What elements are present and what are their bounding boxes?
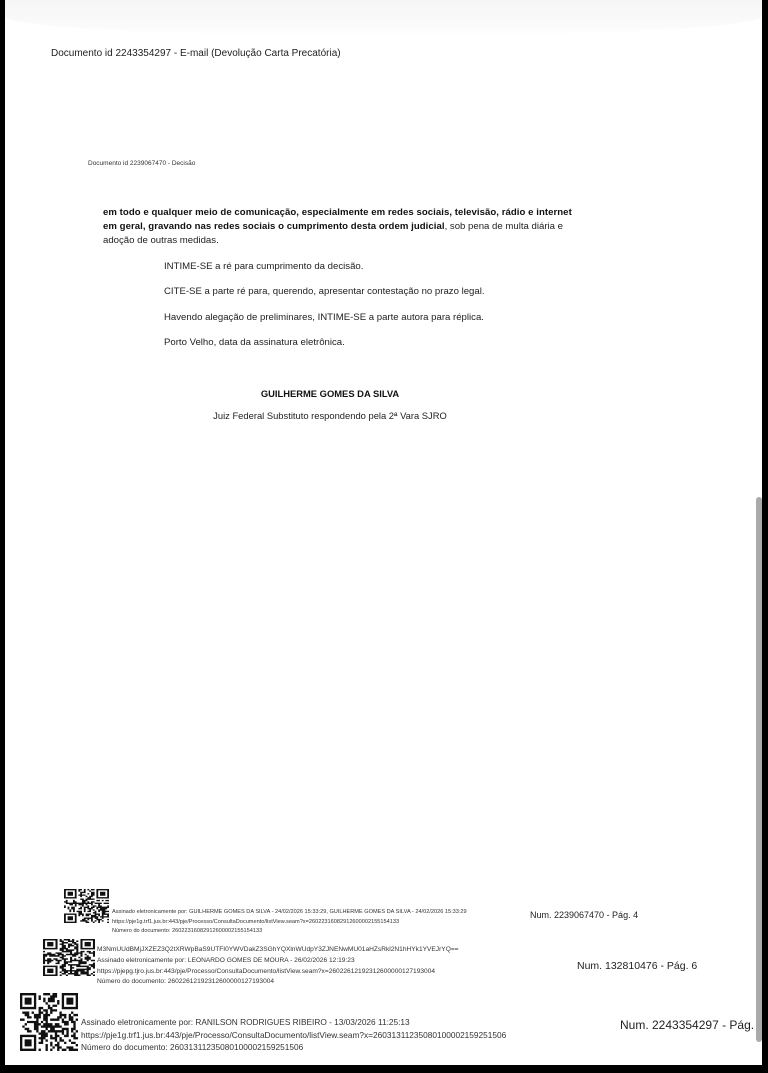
decision-line-local-data: Porto Velho, data da assinatura eletrôni…: [164, 337, 345, 348]
decision-paragraph: em todo e qualquer meio de comunicação, …: [103, 206, 573, 248]
signature-line: Assinado eletronicamente por: GUILHERME …: [112, 908, 467, 918]
decision-line-cite: CITE-SE a parte ré para, querendo, apres…: [164, 286, 485, 297]
signature-url: https://pjepg.tjro.jus.br:443/pje/Proces…: [97, 967, 459, 978]
signature-doc-number: Número do documento: 2602261219231260000…: [97, 977, 459, 988]
signature-hash: M3NmUUdBMjJXZEZ3Q2tXRWpBaS9UTFI0YWVDakZ3…: [97, 945, 459, 956]
top-shade: [5, 0, 762, 36]
qr-code-icon: [43, 939, 95, 976]
page-number-3: Num. 2243354297 - Pág. 12: [620, 1018, 762, 1032]
signature-line: Assinado eletronicamente por: LEONARDO G…: [97, 956, 459, 967]
signature-line: Assinado eletronicamente por: RANILSON R…: [81, 1016, 506, 1029]
signer-name: GUILHERME GOMES DA SILVA: [5, 388, 655, 399]
outer-document-header: Documento id 2243354297 - E-mail (Devolu…: [51, 48, 341, 59]
decision-line-preliminares: Havendo alegação de preliminares, INTIME…: [164, 312, 484, 323]
document-page: Documento id 2243354297 - E-mail (Devolu…: [5, 0, 762, 1065]
signature-url: https://pje1g.trf1.jus.br:443/pje/Proces…: [81, 1029, 506, 1042]
decision-line-intime: INTIME-SE a ré para cumprimento da decis…: [164, 261, 363, 272]
vertical-scrollbar[interactable]: [756, 497, 762, 1042]
signature-footer-2: M3NmUUdBMjJXZEZ3Q2tXRWpBaS9UTFI0YWVDakZ3…: [97, 945, 459, 988]
qr-code-icon: [20, 993, 78, 1051]
page-number-2: Num. 132810476 - Pág. 6: [577, 960, 697, 972]
page-number-1: Num. 2239067470 - Pág. 4: [530, 910, 638, 920]
signature-doc-number: Número do documento: 2602231608291260000…: [112, 927, 467, 937]
signer-role: Juiz Federal Substituto respondendo pela…: [5, 410, 655, 421]
signature-footer-3: Assinado eletronicamente por: RANILSON R…: [81, 1016, 506, 1054]
inner-document-header: Documento id 2239067470 - Decisão: [88, 160, 195, 167]
qr-code-icon: [64, 889, 109, 923]
signature-footer-1: Assinado eletronicamente por: GUILHERME …: [112, 908, 467, 937]
signature-doc-number: Número do documento: 2603131123508010000…: [81, 1041, 506, 1054]
signature-url: https://pje1g.trf1.jus.br:443/pje/Proces…: [112, 918, 467, 928]
